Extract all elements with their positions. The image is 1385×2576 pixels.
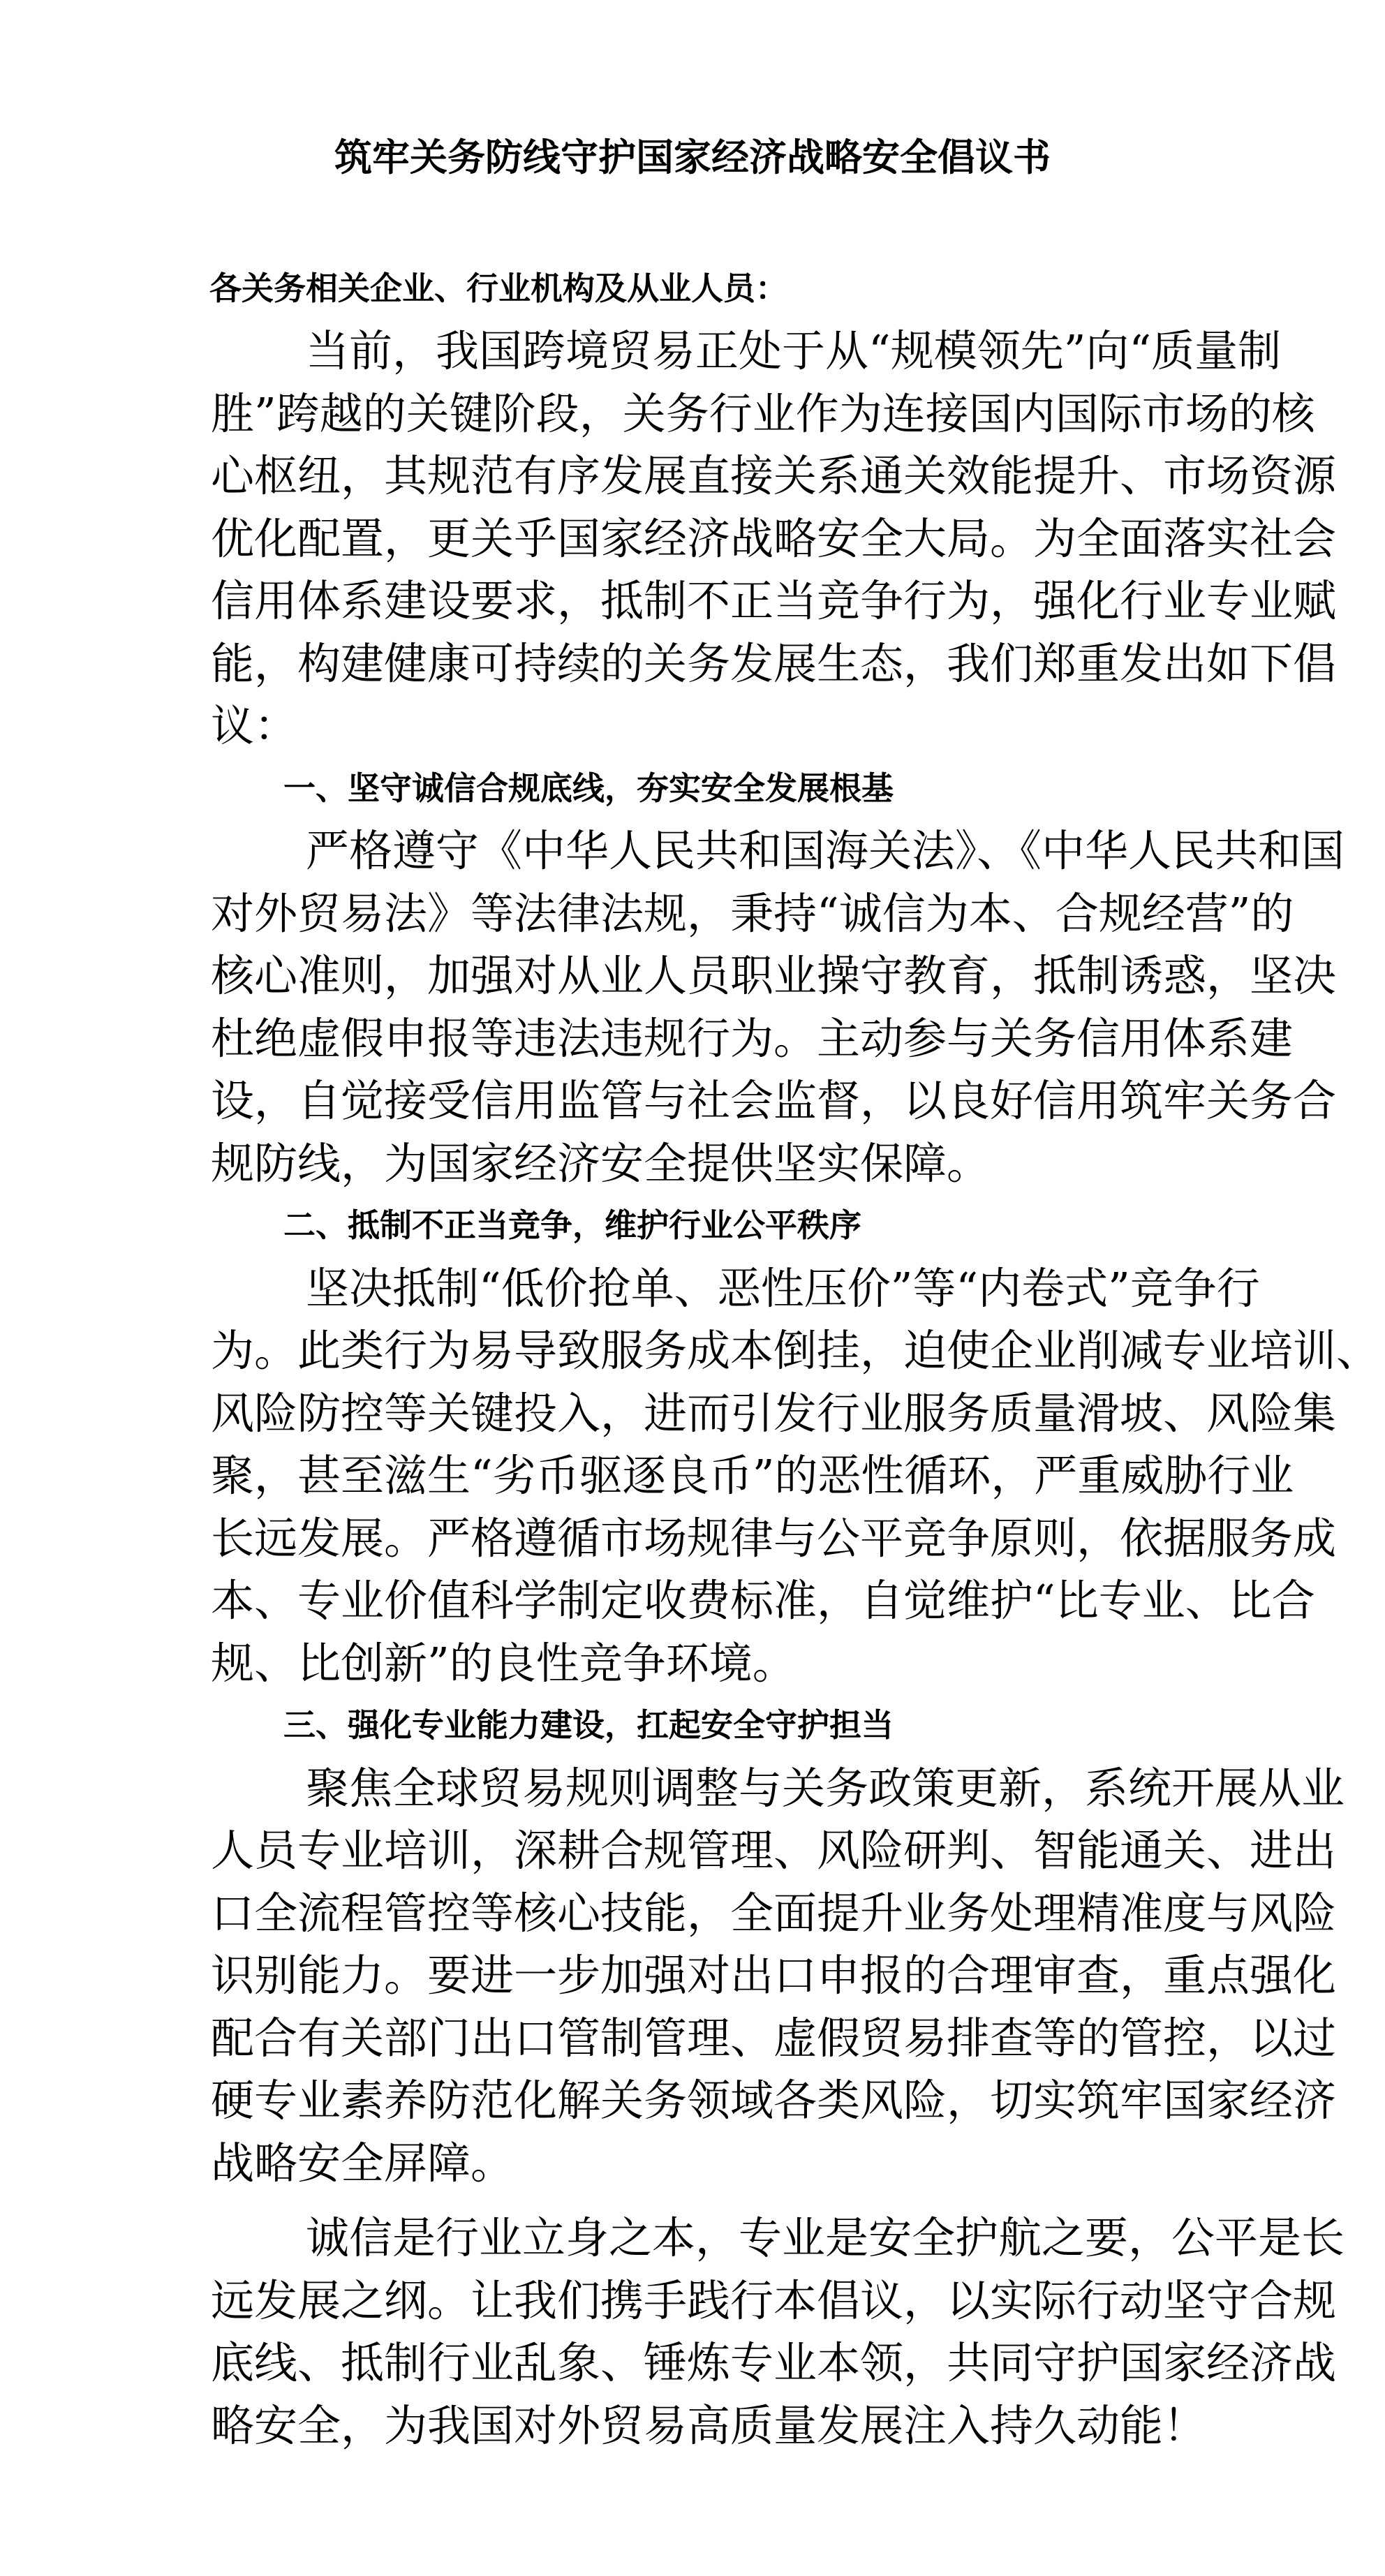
paragraph-spacer: [211, 2194, 1174, 2207]
paragraph-line: 人员专业培训，深耕合规管理、风险研判、智能通关、进出: [211, 1819, 1174, 1882]
document-body: 当前，我国跨境贸易正处于从“规模领先”向“质量制 胜”跨越的关键阶段，关务行业作…: [211, 320, 1174, 2457]
section-heading: 一、坚守诚信合规底线，夯实安全发展根基: [211, 757, 1174, 820]
paragraph-line: 当前，我国跨境贸易正处于从“规模领先”向“质量制: [211, 320, 1174, 383]
paragraph-line: 远发展之纲。让我们携手践行本倡议，以实际行动坚守合规: [211, 2270, 1174, 2332]
paragraph-line: 议：: [211, 695, 1174, 757]
paragraph-line: 战略安全屏障。: [211, 2132, 1174, 2195]
paragraph-line: 识别能力。要进一步加强对出口申报的合理审查，重点强化: [211, 1944, 1174, 2007]
section-2: 二、抵制不正当竞争，维护行业公平秩序 坚决抵制“低价抢单、恶性压价”等“内卷式”…: [211, 1194, 1174, 1694]
intro-paragraph: 当前，我国跨境贸易正处于从“规模领先”向“质量制 胜”跨越的关键阶段，关务行业作…: [211, 320, 1174, 757]
section-heading: 二、抵制不正当竞争，维护行业公平秩序: [211, 1194, 1174, 1257]
section-3: 三、强化专业能力建设，扛起安全守护担当 聚焦全球贸易规则调整与关务政策更新，系统…: [211, 1694, 1174, 2194]
paragraph-line: 聚，甚至滋生“劣币驱逐良币”的恶性循环，严重威胁行业: [211, 1444, 1174, 1507]
paragraph-line: 规、比创新”的良性竞争环境。: [211, 1632, 1174, 1695]
paragraph-line: 为。此类行为易导致服务成本倒挂，迫使企业削减专业培训、: [211, 1319, 1174, 1382]
paragraph-line: 能，构建健康可持续的关务发展生态，我们郑重发出如下倡: [211, 632, 1174, 695]
paragraph-line: 核心准则，加强对从业人员职业操守教育，抵制诱惑，坚决: [211, 945, 1174, 1007]
paragraph-line: 聚焦全球贸易规则调整与关务政策更新，系统开展从业: [211, 1757, 1174, 1820]
paragraph-line: 口全流程管控等核心技能，全面提升业务处理精准度与风险: [211, 1882, 1174, 1945]
closing-paragraph: 诚信是行业立身之本，专业是安全护航之要，公平是长 远发展之纲。让我们携手践行本倡…: [211, 2207, 1174, 2457]
paragraph-line: 规防线，为国家经济安全提供坚实保障。: [211, 1132, 1174, 1195]
paragraph-line: 本、专业价值科学制定收费标准，自觉维护“比专业、比合: [211, 1569, 1174, 1632]
document-page: 筑牢关务防线守护国家经济战略安全倡议书 各关务相关企业、行业机构及从业人员： 当…: [0, 0, 1385, 2576]
paragraph-line: 心枢纽，其规范有序发展直接关系通关效能提升、市场资源: [211, 445, 1174, 508]
paragraph-line: 底线、抵制行业乱象、锤炼专业本领，共同守护国家经济战: [211, 2332, 1174, 2394]
paragraph-line: 长远发展。严格遵循市场规律与公平竞争原则，依据服务成: [211, 1507, 1174, 1570]
paragraph-line: 诚信是行业立身之本，专业是安全护航之要，公平是长: [211, 2207, 1174, 2270]
paragraph-line: 坚决抵制“低价抢单、恶性压价”等“内卷式”竞争行: [211, 1257, 1174, 1320]
paragraph-line: 严格遵守《中华人民共和国海关法》、《中华人民共和国: [211, 820, 1174, 882]
paragraph-line: 略安全，为我国对外贸易高质量发展注入持久动能！: [211, 2394, 1174, 2457]
paragraph-line: 胜”跨越的关键阶段，关务行业作为连接国内国际市场的核: [211, 383, 1174, 445]
paragraph-line: 杜绝虚假申报等违法违规行为。主动参与关务信用体系建: [211, 1007, 1174, 1070]
paragraph-line: 信用体系建设要求，抵制不正当竞争行为，强化行业专业赋: [211, 570, 1174, 632]
document-title: 筑牢关务防线守护国家经济战略安全倡议书: [0, 130, 1385, 186]
paragraph-line: 设，自觉接受信用监管与社会监督，以良好信用筑牢关务合: [211, 1069, 1174, 1132]
paragraph-line: 硬专业素养防范化解关务领域各类风险，切实筑牢国家经济: [211, 2069, 1174, 2132]
section-heading: 三、强化专业能力建设，扛起安全守护担当: [211, 1694, 1174, 1757]
paragraph-line: 优化配置，更关乎国家经济战略安全大局。为全面落实社会: [211, 508, 1174, 570]
paragraph-line: 配合有关部门出口管制管理、虚假贸易排查等的管控，以过: [211, 2007, 1174, 2070]
paragraph-line: 对外贸易法》等法律法规，秉持“诚信为本、合规经营”的: [211, 882, 1174, 945]
salutation: 各关务相关企业、行业机构及从业人员：: [209, 264, 787, 313]
section-1: 一、坚守诚信合规底线，夯实安全发展根基 严格遵守《中华人民共和国海关法》、《中华…: [211, 757, 1174, 1195]
paragraph-line: 风险防控等关键投入，进而引发行业服务质量滑坡、风险集: [211, 1382, 1174, 1445]
